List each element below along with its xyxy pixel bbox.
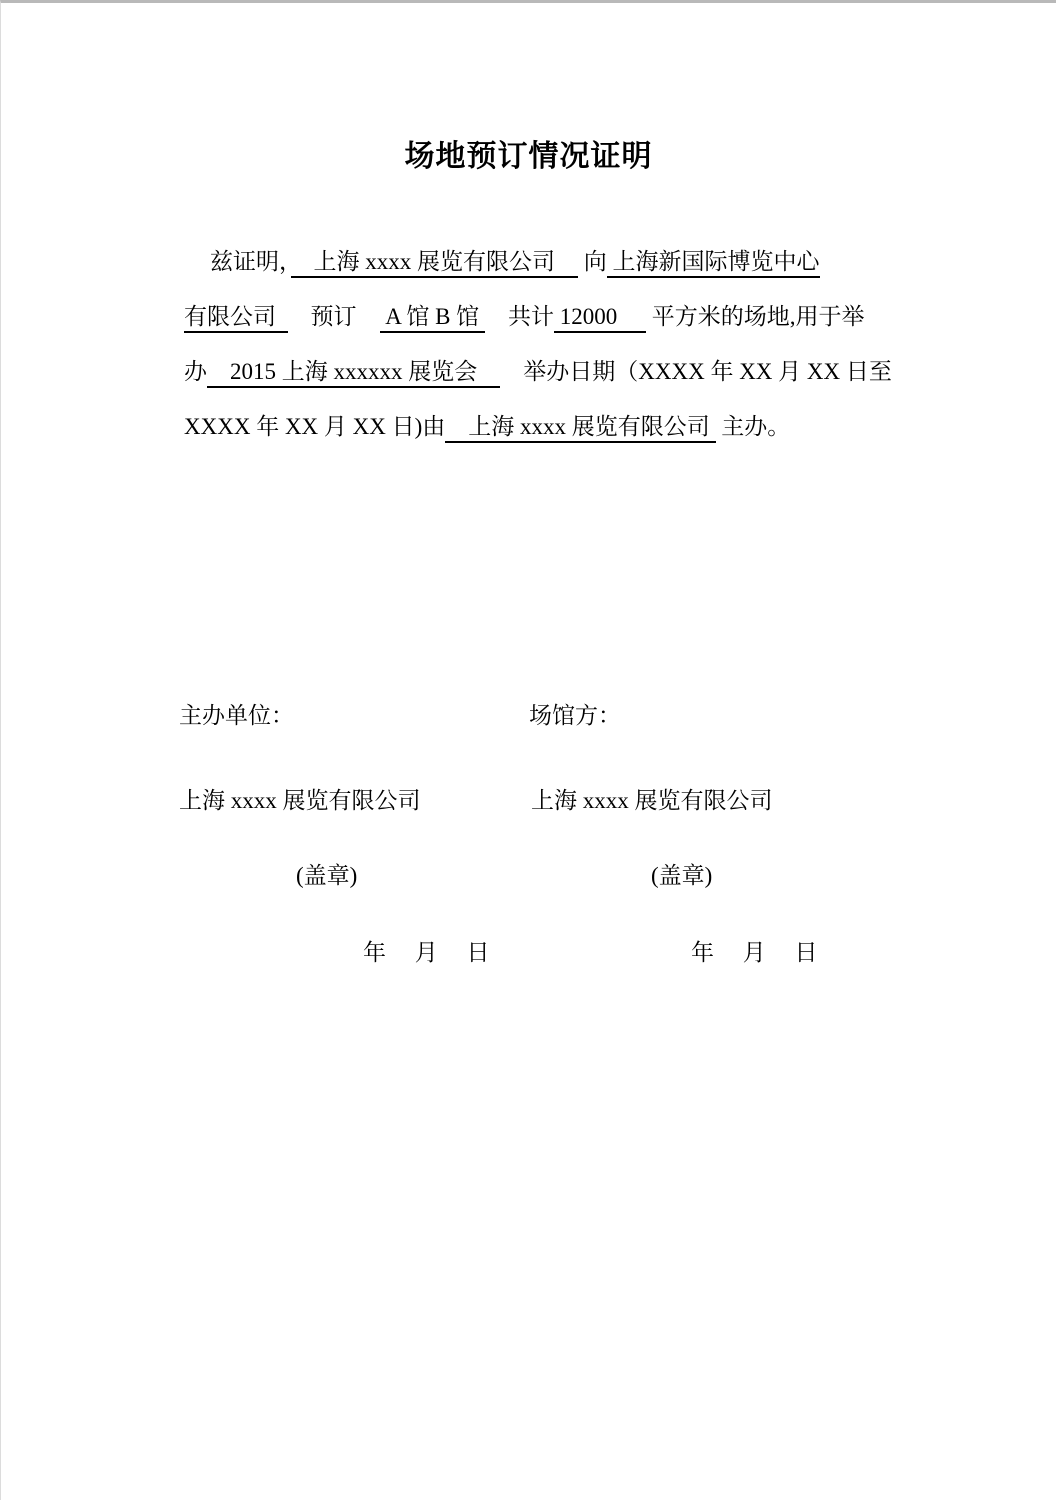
- body-line-2: 有限公司 预订 A 馆 B 馆 共计 12000 平方米的场地,用于举: [184, 289, 924, 344]
- certificate-body: 兹证明， 上海 xxxx 展览有限公司 向 上海新国际博览中心 有限公司 预订 …: [184, 234, 924, 454]
- venue-role-label: 场馆方：: [529, 702, 621, 730]
- event-date-text: 举办日期（XXXX 年 XX 月 XX 日至: [500, 359, 892, 384]
- organizer-date-line: 年 月 日: [363, 939, 490, 967]
- area-blank: 12000: [554, 304, 646, 333]
- halls-blank: A 馆 B 馆: [380, 304, 485, 333]
- host-prefix-text: 办: [184, 359, 207, 384]
- organizer-company-blank: 上海 xxxx 展览有限公司: [291, 249, 579, 278]
- venue-seal-label: (盖章): [651, 862, 712, 890]
- venue-company-blank-continued: 有限公司: [184, 304, 288, 333]
- host-suffix-text: 主办。: [716, 414, 791, 439]
- particle-to-text: 向: [578, 249, 607, 274]
- document-page: 场地预订情况证明 兹证明， 上海 xxxx 展览有限公司 向 上海新国际博览中心…: [0, 0, 1056, 1500]
- venue-date-line: 年 月 日: [691, 939, 818, 967]
- page-title: 场地预订情况证明: [1, 139, 1056, 175]
- body-line-4: XXXX 年 XX 月 XX 日)由 上海 xxxx 展览有限公司 主办。: [184, 399, 924, 454]
- organizer-company-name: 上海 xxxx 展览有限公司: [179, 787, 421, 815]
- organizer-role-label: 主办单位：: [179, 702, 294, 730]
- event-name-blank: 2015 上海 xxxxxx 展览会: [207, 359, 500, 388]
- event-date-continued-text: XXXX 年 XX 月 XX 日)由: [184, 414, 445, 439]
- body-line-3: 办 2015 上海 xxxxxx 展览会 举办日期（XXXX 年 XX 月 XX…: [184, 344, 924, 399]
- venue-company-blank: 上海新国际博览中心: [607, 249, 820, 278]
- organizer-company-blank-2: 上海 xxxx 展览有限公司: [445, 414, 715, 443]
- total-label: 共计: [485, 304, 554, 329]
- area-unit-text: 平方米的场地,用于举: [646, 304, 865, 329]
- body-line-1: 兹证明， 上海 xxxx 展览有限公司 向 上海新国际博览中心: [184, 234, 924, 289]
- reserve-label: 预订: [288, 304, 380, 329]
- venue-company-name: 上海 xxxx 展览有限公司: [531, 787, 773, 815]
- intro-text: 兹证明，: [210, 249, 291, 274]
- organizer-seal-label: (盖章): [296, 862, 357, 890]
